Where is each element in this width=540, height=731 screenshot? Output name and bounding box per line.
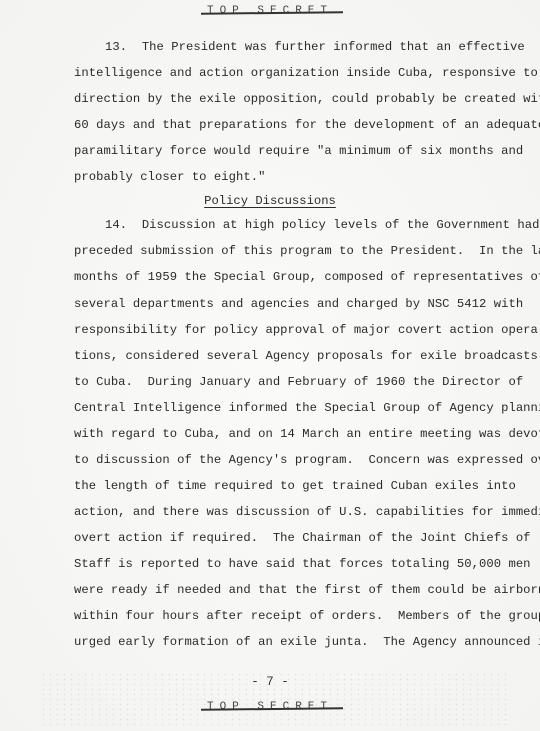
paragraph-13-line-3: direction by the exile opposition, could… (74, 92, 540, 106)
paragraph-14-line-6: tions, considered several Agency proposa… (74, 349, 538, 363)
paragraph-14-line-5: responsibility for policy approval of ma… (74, 323, 540, 337)
paragraph-14-line-3: months of 1959 the Special Group, compos… (74, 270, 540, 284)
paragraph-14-line-17: urged early formation of an exile junta.… (74, 635, 540, 649)
paragraph-14-line-16: within four hours after receipt of order… (74, 609, 540, 623)
paragraph-14-line-4: several departments and agencies and cha… (74, 297, 523, 311)
paragraph-14-line-14: Staff is reported to have said that forc… (74, 557, 531, 571)
section-heading-text: Policy Discussions (204, 194, 336, 208)
classification-marking-bottom: TOP SECRET (0, 701, 540, 713)
page-number: - 7 - (0, 675, 540, 689)
paragraph-14-line-8: Central Intelligence informed the Specia… (74, 401, 540, 415)
paragraph-14-line-12: action, and there was discussion of U.S.… (74, 505, 540, 519)
paragraph-14-line-2: preceded submission of this program to t… (74, 244, 540, 258)
paragraph-14-line-10: to discussion of the Agency's program. C… (74, 453, 540, 467)
classification-text-bottom: TOP SECRET (203, 701, 337, 713)
paragraph-13-line-4: 60 days and that preparations for the de… (74, 118, 540, 132)
paragraph-14-line-13: overt action if required. The Chairman o… (74, 531, 531, 545)
paragraph-13-line-1: 13. The President was further informed t… (105, 40, 525, 54)
paragraph-14-line-7: to Cuba. During January and February of … (74, 375, 523, 389)
paragraph-14-line-11: the length of time required to get train… (74, 479, 516, 493)
paragraph-14-line-15: were ready if needed and that the first … (74, 583, 540, 597)
paragraph-14-line-1: 14. Discussion at high policy levels of … (105, 218, 539, 232)
paragraph-13-line-2: intelligence and action organization ins… (74, 66, 538, 80)
classification-text-top: TOP SECRET (203, 5, 337, 17)
section-heading: Policy Discussions (0, 194, 540, 208)
paragraph-14-line-9: with regard to Cuba, and on 14 March an … (74, 427, 540, 441)
classification-marking-top: TOP SECRET (0, 5, 540, 17)
paragraph-13-line-5: paramilitary force would require "a mini… (74, 144, 523, 158)
paragraph-13-line-6: probably closer to eight." (74, 170, 265, 184)
document-page: TOP SECRET 13. The President was further… (0, 0, 540, 731)
